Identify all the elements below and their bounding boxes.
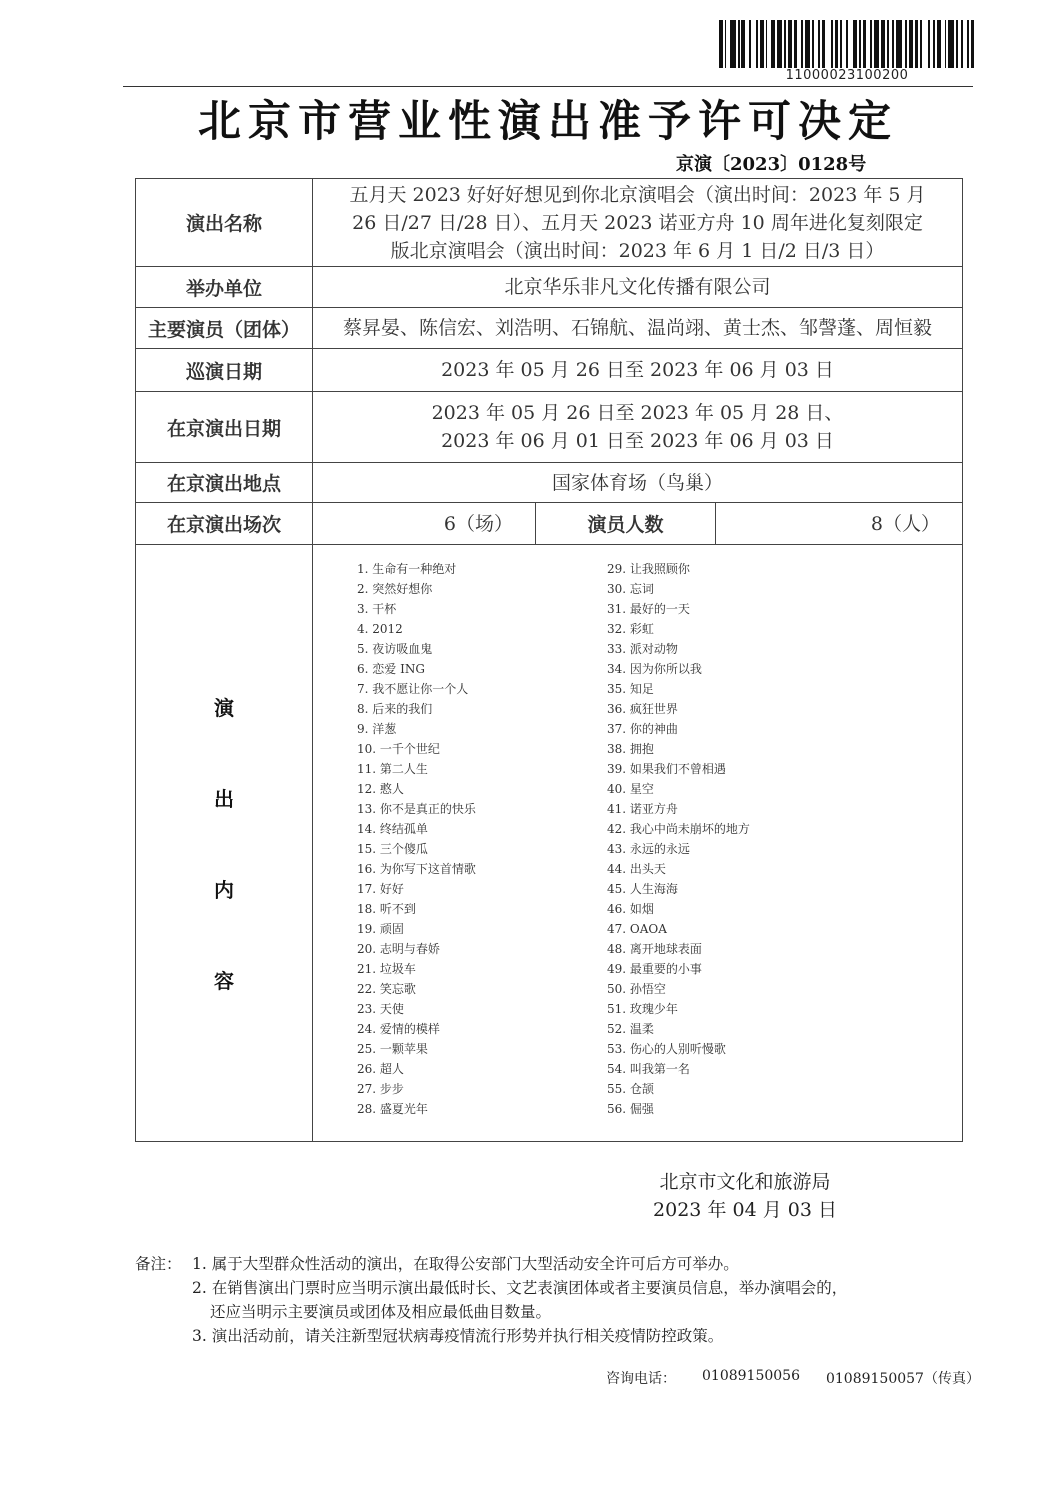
beijing-dates-line: 2023 年 06 月 01 日至 2023 年 06 月 03 日	[313, 427, 962, 455]
song-item: 55. 仓颉	[607, 1079, 857, 1099]
row-venue: 在京演出地点 国家体育场（鸟巢）	[136, 463, 963, 503]
row-counts: 在京演出场次 6（场） 演员人数 8（人）	[136, 503, 963, 545]
content-label-char: 内	[214, 874, 234, 903]
song-item: 9. 洋葱	[357, 719, 607, 739]
song-item: 28. 盛夏光年	[357, 1099, 607, 1119]
song-item: 21. 垃圾车	[357, 959, 607, 979]
song-item: 19. 顽固	[357, 919, 607, 939]
row-performers: 主要演员（团体） 蔡昇晏、陈信宏、刘浩明、石锦航、温尚翊、黄士杰、邹謦蓬、周恒毅	[136, 308, 963, 349]
content-label-char: 演	[214, 692, 234, 721]
song-item: 8. 后来的我们	[357, 699, 607, 719]
song-item: 4. 2012	[357, 619, 607, 639]
song-item: 3. 干杯	[357, 599, 607, 619]
song-item: 17. 好好	[357, 879, 607, 899]
note-item: 还应当明示主要演员或团体及相应最低曲目数量。	[135, 1300, 847, 1324]
show-name-label: 演出名称	[136, 179, 313, 267]
show-name-line: 五月天 2023 好好好想见到你北京演唱会（演出时间：2023 年 5 月	[313, 181, 962, 209]
contact-label: 咨询电话：	[606, 1368, 676, 1388]
song-item: 12. 憨人	[357, 779, 607, 799]
song-item: 35. 知足	[607, 679, 857, 699]
performer-count-label: 演员人数	[536, 503, 716, 545]
note-text: 3. 演出活动前，请关注新型冠状病毒疫情流行形势并执行相关疫情防控政策。	[192, 1324, 723, 1348]
header-divider	[123, 86, 973, 87]
issue-date: 2023 年 04 月 03 日	[645, 1196, 845, 1224]
show-name-line: 26 日/27 日/28 日）、五月天 2023 诺亚方舟 10 周年进化复刻限…	[313, 209, 962, 237]
show-count-value: 6（场）	[313, 503, 536, 545]
song-item: 52. 温柔	[607, 1019, 857, 1039]
permit-table: 演出名称 五月天 2023 好好好想见到你北京演唱会（演出时间：2023 年 5…	[135, 178, 963, 1142]
song-item: 18. 听不到	[357, 899, 607, 919]
song-item: 7. 我不愿让你一个人	[357, 679, 607, 699]
contact-line: 咨询电话： 01089150056 01089150057（传真）	[606, 1368, 980, 1388]
tour-dates-value: 2023 年 05 月 26 日至 2023 年 06 月 03 日	[313, 349, 963, 392]
song-item: 16. 为你写下这首情歌	[357, 859, 607, 879]
note-text: 2. 在销售演出门票时应当明示演出最低时长、文艺表演团体或者主要演员信息，举办演…	[192, 1276, 847, 1300]
song-item: 24. 爱情的模样	[357, 1019, 607, 1039]
row-beijing-dates: 在京演出日期 2023 年 05 月 26 日至 2023 年 05 月 28 …	[136, 392, 963, 463]
performers-label: 主要演员（团体）	[136, 308, 313, 349]
notes-section: 备注： 1. 属于大型群众性活动的演出，在取得公安部门大型活动安全许可后方可举办…	[135, 1252, 847, 1348]
content-label: 演 出 内 容	[136, 692, 312, 994]
beijing-dates-label: 在京演出日期	[136, 392, 313, 463]
content-label-char: 容	[214, 965, 234, 994]
song-item: 13. 你不是真正的快乐	[357, 799, 607, 819]
song-item: 31. 最好的一天	[607, 599, 857, 619]
song-item: 44. 出头天	[607, 859, 857, 879]
performers-value: 蔡昇晏、陈信宏、刘浩明、石锦航、温尚翊、黄士杰、邹謦蓬、周恒毅	[313, 308, 963, 349]
row-organizer: 举办单位 北京华乐非凡文化传播有限公司	[136, 267, 963, 308]
song-item: 14. 终结孤单	[357, 819, 607, 839]
song-item: 53. 伤心的人别听慢歌	[607, 1039, 857, 1059]
note-item: 2. 在销售演出门票时应当明示演出最低时长、文艺表演团体或者主要演员信息，举办演…	[135, 1276, 847, 1300]
row-tour-dates: 巡演日期 2023 年 05 月 26 日至 2023 年 06 月 03 日	[136, 349, 963, 392]
song-item: 30. 忘词	[607, 579, 857, 599]
show-name-line: 版北京演唱会（演出时间：2023 年 6 月 1 日/2 日/3 日）	[313, 237, 962, 265]
row-content: 演 出 内 容 1. 生命有一种绝对2. 突然好想你3. 干杯4. 20125.…	[136, 545, 963, 1142]
tour-dates-label: 巡演日期	[136, 349, 313, 392]
venue-value: 国家体育场（鸟巢）	[313, 463, 963, 503]
song-item: 50. 孙悟空	[607, 979, 857, 999]
song-item: 51. 玫瑰少年	[607, 999, 857, 1019]
song-item: 56. 倔强	[607, 1099, 857, 1119]
song-item: 23. 天使	[357, 999, 607, 1019]
song-item: 47. OAOA	[607, 919, 857, 939]
beijing-dates-value: 2023 年 05 月 26 日至 2023 年 05 月 28 日、 2023…	[313, 392, 963, 463]
song-item: 11. 第二人生	[357, 759, 607, 779]
beijing-dates-line: 2023 年 05 月 26 日至 2023 年 05 月 28 日、	[313, 399, 962, 427]
content-label-cell: 演 出 内 容	[136, 545, 313, 1142]
organizer-label: 举办单位	[136, 267, 313, 308]
contact-phone: 01089150056	[702, 1368, 800, 1388]
song-item: 22. 笑忘歌	[357, 979, 607, 999]
song-item: 15. 三个傻瓜	[357, 839, 607, 859]
song-item: 32. 彩虹	[607, 619, 857, 639]
song-item: 48. 离开地球表面	[607, 939, 857, 959]
issuer-name: 北京市文化和旅游局	[645, 1168, 845, 1196]
song-list: 1. 生命有一种绝对2. 突然好想你3. 干杯4. 20125. 夜访吸血鬼6.…	[313, 545, 962, 1127]
note-item: 3. 演出活动前，请关注新型冠状病毒疫情流行形势并执行相关疫情防控政策。	[135, 1324, 847, 1348]
song-item: 29. 让我照顾你	[607, 559, 857, 579]
notes-prefix: 备注：	[135, 1252, 192, 1276]
song-item: 40. 星空	[607, 779, 857, 799]
song-item: 34. 因为你所以我	[607, 659, 857, 679]
song-item: 39. 如果我们不曾相遇	[607, 759, 857, 779]
show-name-value: 五月天 2023 好好好想见到你北京演唱会（演出时间：2023 年 5 月 26…	[313, 179, 963, 267]
barcode	[719, 20, 975, 68]
song-item: 42. 我心中尚未崩坏的地方	[607, 819, 857, 839]
song-item: 36. 疯狂世界	[607, 699, 857, 719]
barcode-bar	[971, 20, 975, 68]
song-list-cell: 1. 生命有一种绝对2. 突然好想你3. 干杯4. 20125. 夜访吸血鬼6.…	[313, 545, 963, 1142]
venue-label: 在京演出地点	[136, 463, 313, 503]
song-item: 46. 如烟	[607, 899, 857, 919]
song-item: 5. 夜访吸血鬼	[357, 639, 607, 659]
content-label-char: 出	[214, 783, 234, 812]
song-item: 2. 突然好想你	[357, 579, 607, 599]
song-item: 43. 永远的永远	[607, 839, 857, 859]
barcode-number: 11000023100200	[719, 68, 975, 83]
song-item: 33. 派对动物	[607, 639, 857, 659]
organizer-value: 北京华乐非凡文化传播有限公司	[313, 267, 963, 308]
song-item: 38. 拥抱	[607, 739, 857, 759]
issuer-block: 北京市文化和旅游局 2023 年 04 月 03 日	[645, 1168, 845, 1224]
note-spacer	[135, 1324, 192, 1348]
song-item: 26. 超人	[357, 1059, 607, 1079]
show-count-label: 在京演出场次	[136, 503, 313, 545]
song-item: 25. 一颗苹果	[357, 1039, 607, 1059]
song-item: 6. 恋爱 ING	[357, 659, 607, 679]
song-item: 45. 人生海海	[607, 879, 857, 899]
contact-fax: 01089150057（传真）	[826, 1368, 980, 1388]
row-show-name: 演出名称 五月天 2023 好好好想见到你北京演唱会（演出时间：2023 年 5…	[136, 179, 963, 267]
song-item: 10. 一千个世纪	[357, 739, 607, 759]
song-item: 54. 叫我第一名	[607, 1059, 857, 1079]
song-item: 41. 诺亚方舟	[607, 799, 857, 819]
note-item: 备注： 1. 属于大型群众性活动的演出，在取得公安部门大型活动安全许可后方可举办…	[135, 1252, 847, 1276]
song-list-left: 1. 生命有一种绝对2. 突然好想你3. 干杯4. 20125. 夜访吸血鬼6.…	[357, 559, 607, 1127]
song-item: 20. 志明与春娇	[357, 939, 607, 959]
note-text: 还应当明示主要演员或团体及相应最低曲目数量。	[210, 1300, 551, 1324]
performer-count-value: 8（人）	[716, 503, 963, 545]
song-item: 1. 生命有一种绝对	[357, 559, 607, 579]
song-list-right: 29. 让我照顾你30. 忘词31. 最好的一天32. 彩虹33. 派对动物34…	[607, 559, 857, 1127]
song-item: 27. 步步	[357, 1079, 607, 1099]
song-item: 49. 最重要的小事	[607, 959, 857, 979]
document-number: 京演〔2023〕0128号	[676, 150, 866, 176]
note-text: 1. 属于大型群众性活动的演出，在取得公安部门大型活动安全许可后方可举办。	[192, 1252, 739, 1276]
document-title: 北京市营业性演出准予许可决定	[123, 92, 973, 152]
song-item: 37. 你的神曲	[607, 719, 857, 739]
note-spacer	[135, 1276, 192, 1300]
